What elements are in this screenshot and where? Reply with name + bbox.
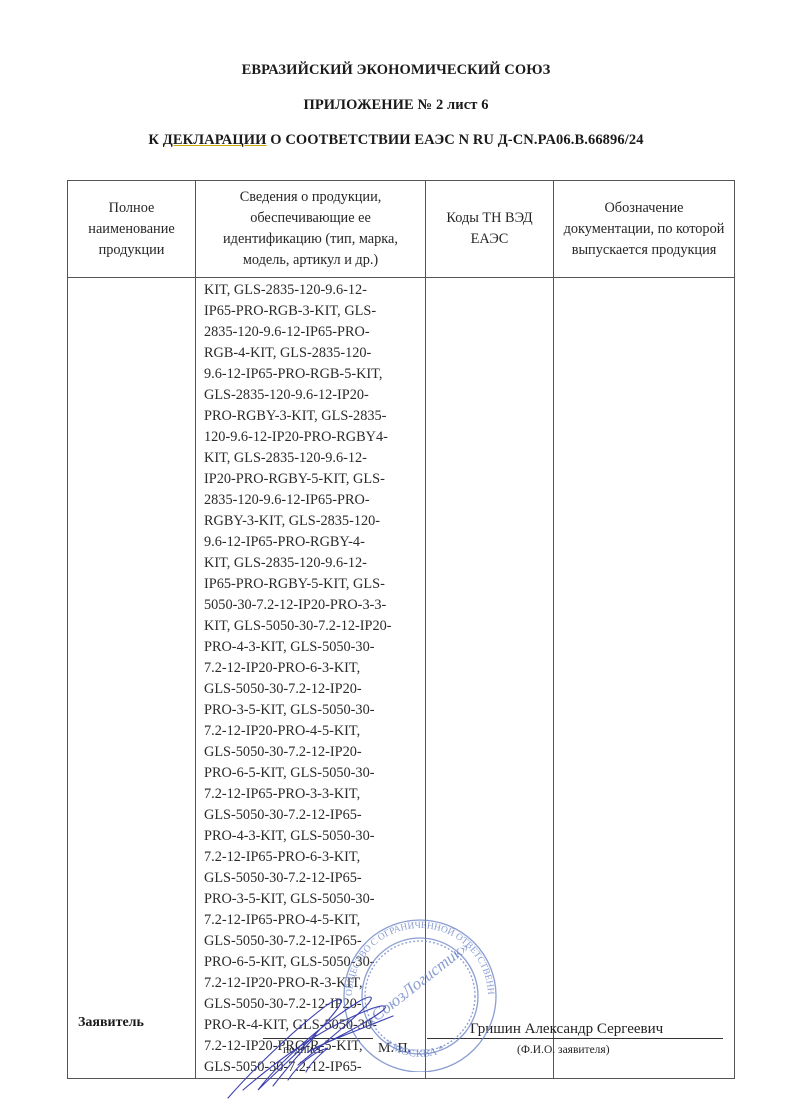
- product-line: 7.2-12-IP65-PRO-4-5-KIT,: [204, 910, 419, 931]
- signature-caption: подпись: [283, 1044, 323, 1056]
- declaration-heading: К ДЕКЛАРАЦИИ О СООТВЕТСТВИИ ЕАЭС N RU Д-…: [0, 132, 792, 149]
- product-line: PRO-4-3-KIT, GLS-5050-30-: [204, 637, 419, 658]
- product-line: 2835-120-9.6-12-IP65-PRO-: [204, 322, 419, 343]
- products-table: Полное наименование продукции Сведения о…: [67, 180, 735, 1079]
- product-line: 7.2-12-IP20-PRO-4-5-KIT,: [204, 721, 419, 742]
- declaration-page: ЕВРАЗИЙСКИЙ ЭКОНОМИЧЕСКИЙ СОЮЗ ПРИЛОЖЕНИ…: [0, 0, 792, 1120]
- name-caption: (Ф.И.О. заявителя): [517, 1044, 610, 1056]
- product-line: GLS-5050-30-7.2-12-IP65-: [204, 1057, 419, 1078]
- product-line: GLS-2835-120-9.6-12-IP20-: [204, 385, 419, 406]
- cell-documentation: [554, 278, 735, 1079]
- declaration-number: О СООТВЕТСТВИИ ЕАЭС N RU Д-CN.PA06.B.668…: [267, 132, 644, 148]
- product-line: GLS-5050-30-7.2-12-IP20-: [204, 742, 419, 763]
- product-line: KIT, GLS-2835-120-9.6-12-: [204, 448, 419, 469]
- union-heading: ЕВРАЗИЙСКИЙ ЭКОНОМИЧЕСКИЙ СОЮЗ: [0, 62, 792, 79]
- name-line: [427, 1038, 723, 1039]
- product-line: PRO-3-5-KIT, GLS-5050-30-: [204, 700, 419, 721]
- product-line: KIT, GLS-5050-30-7.2-12-IP20-: [204, 616, 419, 637]
- column-header-tn-ved: Коды ТН ВЭД ЕАЭС: [426, 181, 554, 278]
- stamp-place-caption: М. П.: [378, 1041, 411, 1057]
- signature-line: [263, 1038, 373, 1039]
- table-row: KIT, GLS-2835-120-9.6-12-IP65-PRO-RGB-3-…: [68, 278, 735, 1079]
- product-line: PRO-R-4-KIT, GLS-5050-30-: [204, 1015, 419, 1036]
- product-line: GLS-5050-30-7.2-12-IP65-: [204, 931, 419, 952]
- product-line: GLS-5050-30-7.2-12-IP20-: [204, 679, 419, 700]
- table-header-row: Полное наименование продукции Сведения о…: [68, 181, 735, 278]
- product-line: 7.2-12-IP65-PRO-3-3-KIT,: [204, 784, 419, 805]
- column-header-full-name: Полное наименование продукции: [68, 181, 196, 278]
- product-line: PRO-6-5-KIT, GLS-5050-30-: [204, 952, 419, 973]
- declaration-underlined-word: ДЕКЛАРАЦИИ: [163, 132, 267, 148]
- product-line: GLS-5050-30-7.2-12-IP65-: [204, 868, 419, 889]
- declaration-prefix: К: [148, 132, 162, 148]
- column-header-product-info: Сведения о продукции, обеспечивающие ее …: [196, 181, 426, 278]
- product-line: 7.2-12-IP20-PRO-R-3-KIT,: [204, 973, 419, 994]
- product-line: IP65-PRO-RGBY-5-KIT, GLS-: [204, 574, 419, 595]
- product-line: GLS-5050-30-7.2-12-IP65-: [204, 805, 419, 826]
- product-line: KIT, GLS-2835-120-9.6-12-: [204, 553, 419, 574]
- product-line: KIT, GLS-2835-120-9.6-12-: [204, 280, 419, 301]
- cell-full-name: [68, 278, 196, 1079]
- product-line: 5050-30-7.2-12-IP20-PRO-3-3-: [204, 595, 419, 616]
- product-line: PRO-6-5-KIT, GLS-5050-30-: [204, 763, 419, 784]
- annex-heading: ПРИЛОЖЕНИЕ № 2 лист 6: [0, 97, 792, 114]
- product-line: 9.6-12-IP65-PRO-RGBY-4-: [204, 532, 419, 553]
- product-line: PRO-3-5-KIT, GLS-5050-30-: [204, 889, 419, 910]
- cell-product-info: KIT, GLS-2835-120-9.6-12-IP65-PRO-RGB-3-…: [196, 278, 426, 1079]
- product-line: IP65-PRO-RGB-3-KIT, GLS-: [204, 301, 419, 322]
- product-line: PRO-RGBY-3-KIT, GLS-2835-: [204, 406, 419, 427]
- product-line: PRO-4-3-KIT, GLS-5050-30-: [204, 826, 419, 847]
- product-line: 7.2-12-IP20-PRO-6-3-KIT,: [204, 658, 419, 679]
- applicant-name: Гришин Александр Сергеевич: [470, 1021, 663, 1038]
- product-line: 120-9.6-12-IP20-PRO-RGBY4-: [204, 427, 419, 448]
- product-line: 2835-120-9.6-12-IP65-PRO-: [204, 490, 419, 511]
- product-line: IP20-PRO-RGBY-5-KIT, GLS-: [204, 469, 419, 490]
- applicant-label: Заявитель: [78, 1015, 144, 1031]
- product-line: GLS-5050-30-7.2-12-IP20-: [204, 994, 419, 1015]
- product-line: RGB-4-KIT, GLS-2835-120-: [204, 343, 419, 364]
- column-header-documentation: Обозначение документации, по которой вып…: [554, 181, 735, 278]
- product-line: 9.6-12-IP65-PRO-RGB-5-KIT,: [204, 364, 419, 385]
- cell-tn-ved: [426, 278, 554, 1079]
- product-line: 7.2-12-IP65-PRO-6-3-KIT,: [204, 847, 419, 868]
- product-line: RGBY-3-KIT, GLS-2835-120-: [204, 511, 419, 532]
